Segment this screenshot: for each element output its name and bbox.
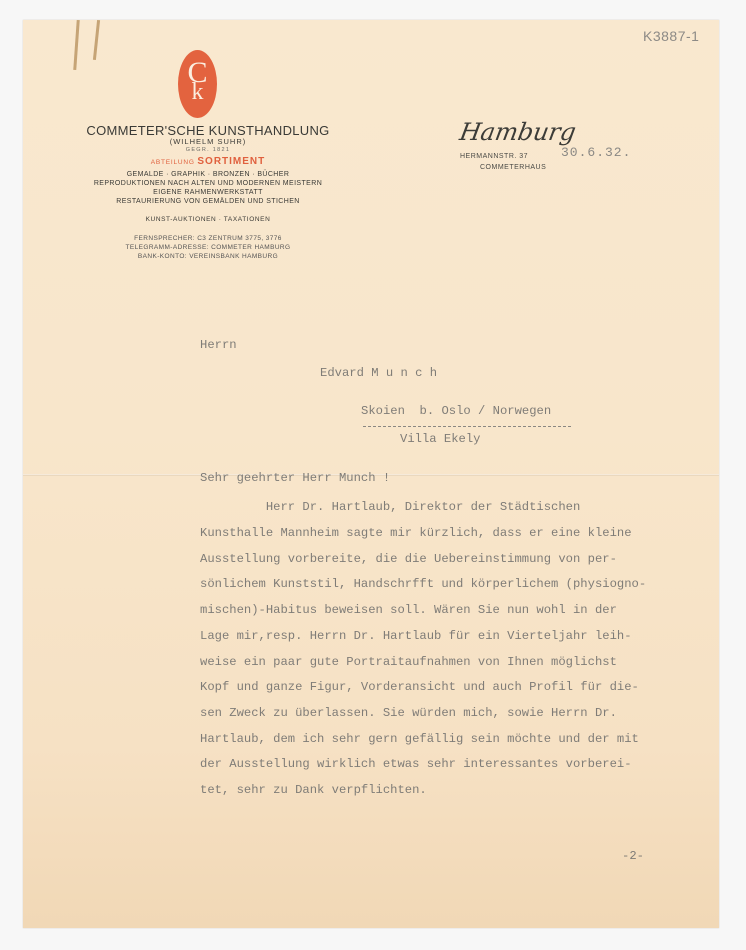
- recipient-title: Herrn: [200, 338, 237, 352]
- staple-mark: [73, 20, 79, 70]
- body-line: sönlichem Kunststil, Handschrfft und kör…: [200, 577, 646, 591]
- body-line: sen Zweck zu überlassen. Sie würden mich…: [200, 706, 617, 720]
- service-line: GEMALDE · GRAPHIK · BRONZEN · BÜCHER: [23, 170, 393, 179]
- contact-info: FERNSPRECHER: C3 ZENTRUM 3775, 3776 TELE…: [23, 234, 393, 261]
- body-line: Lage mir,resp. Herrn Dr. Hartlaub für ei…: [200, 629, 632, 643]
- auctions-line: KUNST-AUKTIONEN · TAXATIONEN: [23, 216, 393, 223]
- body-line: Kopf und ganze Figur, Vorderansicht und …: [200, 680, 639, 694]
- body-line: Hartlaub, dem ich sehr gern gefällig sei…: [200, 732, 639, 746]
- body-line: der Ausstellung wirklich etwas sehr inte…: [200, 757, 632, 771]
- company-owner: (WILHELM SUHR): [23, 137, 393, 146]
- body-line: tet, sehr zu Dank verpflichten.: [200, 783, 427, 797]
- founded-year: GEGR. 1821: [23, 147, 393, 153]
- city-script: Hamburg: [458, 118, 579, 146]
- letter-page: K3887-1 C k COMMETER'SCHE KUNSTHANDLUNG …: [23, 20, 719, 928]
- department-name: SORTIMENT: [197, 156, 265, 167]
- service-line: EIGENE RAHMENWERKSTATT: [23, 188, 393, 197]
- recipient-name: Edvard M u n c h: [320, 366, 437, 380]
- phone-line: FERNSPRECHER: C3 ZENTRUM 3775, 3776: [23, 234, 393, 243]
- archive-number: K3887-1: [643, 28, 699, 44]
- staple-mark: [93, 20, 100, 60]
- service-line: REPRODUKTIONEN NACH ALTEN UND MODERNEN M…: [23, 179, 393, 188]
- department-label: ABTEILUNG: [151, 159, 195, 166]
- recipient-residence: Villa Ekely: [400, 432, 480, 446]
- company-name: COMMETER'SCHE KUNSTHANDLUNG: [23, 123, 393, 138]
- bank-line: BANK-KONTO: VEREINSBANK HAMBURG: [23, 252, 393, 261]
- body-line: Kunsthalle Mannheim sagte mir kürzlich, …: [200, 526, 632, 540]
- department: ABTEILUNG SORTIMENT: [23, 156, 393, 167]
- service-line: RESTAURIERUNG VON GEMÄLDEN UND STICHEN: [23, 197, 393, 206]
- body-line: weise ein paar gute Portraitaufnahmen vo…: [200, 655, 617, 669]
- underline-dashes: [363, 426, 571, 427]
- street-address: HERMANNSTR. 37: [460, 153, 528, 160]
- logo-letter-k: k: [192, 83, 204, 102]
- body-line: mischen)-Habitus beweisen soll. Wären Si…: [200, 603, 617, 617]
- building-name: COMMETERHAUS: [480, 164, 546, 171]
- services-list: GEMALDE · GRAPHIK · BRONZEN · BÜCHER REP…: [23, 170, 393, 206]
- letter-greeting: Sehr geehrter Herr Munch !: [200, 471, 390, 485]
- letter-date: 30.6.32.: [561, 145, 631, 160]
- recipient-location: Skoien b. Oslo / Norwegen: [361, 404, 551, 418]
- company-logo: C k: [178, 50, 217, 118]
- body-line: Herr Dr. Hartlaub, Direktor der Städtisc…: [200, 500, 580, 514]
- telegram-line: TELEGRAMM-ADRESSE: COMMETER HAMBURG: [23, 243, 393, 252]
- page-marker: -2-: [622, 849, 644, 863]
- body-line: Ausstellung vorbereite, die die Ueberein…: [200, 552, 617, 566]
